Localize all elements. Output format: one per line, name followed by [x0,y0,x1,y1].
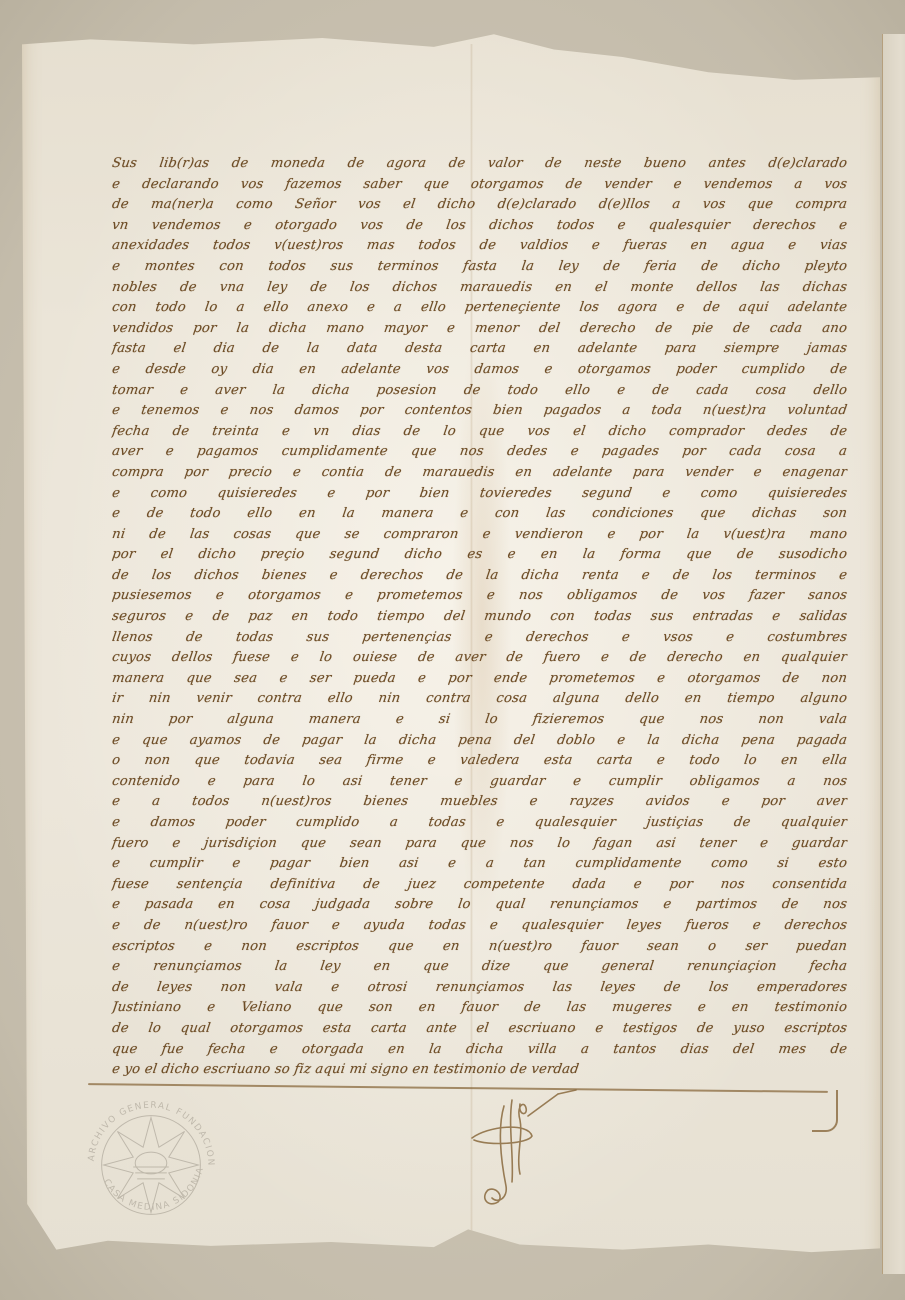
text-line: e damos poder cumplido a todas e qualesq… [111,813,849,834]
text-line: e desde oy dia en adelante vos damos e o… [111,360,849,381]
text-line: fasta el dia de la data desta carta en a… [111,339,849,360]
adjacent-leaf-edge [882,34,905,1274]
text-line: compra por precio e contia de marauedis … [111,463,849,484]
text-line: con todo lo a ello anexo e a ello perten… [111,298,849,319]
text-line: e pasada en cosa judgada sobre lo qual r… [111,895,849,916]
svg-text:ARCHIVO GENERAL FUNDACION: ARCHIVO GENERAL FUNDACION [87,1101,216,1167]
text-line: e yo el dicho escriuano so fiz aqui mi s… [111,1060,849,1081]
text-line: que fue fecha e otorgada en la dicha vil… [111,1040,849,1061]
stamp-top-text: ARCHIVO GENERAL FUNDACION [87,1101,216,1167]
text-line: e de n(uest)ro fauor e ayuda todas e qua… [111,916,849,937]
text-line: por el dicho preçio segund dicho es e en… [111,545,849,566]
text-line: de ma(ner)a como Señor vos el dicho d(e)… [111,195,849,216]
text-line: e renunçiamos la ley en que dize que gen… [111,957,849,978]
text-line: manera que sea e ser pueda e por ende pr… [111,669,849,690]
text-line: llenos de todas sus pertenençias e derec… [111,628,849,649]
text-line: fecha de treinta e vn dias de lo que vos… [111,422,849,443]
text-line: nobles de vna ley de los dichos marauedi… [111,278,849,299]
text-line: seguros e de paz en todo tiempo del mund… [111,607,849,628]
text-line: contenido e para lo asi tener e guardar … [111,772,849,793]
text-line: tomar e aver la dicha posesion de todo e… [111,381,849,402]
text-line: anexidades todos v(uest)ros mas todos de… [111,236,849,257]
text-line: de los dichos bienes e derechos de la di… [111,566,849,587]
text-line: de leyes non vala e otrosi renunçiamos l… [111,978,849,999]
text-line: o non que todavia sea firme e valedera e… [111,751,849,772]
text-line: e a todos n(uest)ros bienes muebles e ra… [111,792,849,813]
text-line: e montes con todos sus terminos fasta la… [111,257,849,278]
text-line: fuese sentençia definitiva de juez compe… [111,875,849,896]
text-line: e cumplir e pagar bien asi e a tan cumpl… [111,854,849,875]
text-line: cuyos dellos fuese e lo ouiese de aver d… [111,648,849,669]
closing-flourish [812,1090,838,1132]
notary-signature-rubric [468,1086,578,1210]
text-line: aver e pagamos cumplidamente que nos ded… [111,442,849,463]
text-line: e que ayamos de pagar la dicha pena del … [111,731,849,752]
text-line: vn vendemos e otorgado vos de los dichos… [111,216,849,237]
text-line: ir nin venir contra ello nin contra cosa… [111,689,849,710]
text-line: e declarando vos fazemos saber que otorg… [111,175,849,196]
text-line: e de todo ello en la manera e con las co… [111,504,849,525]
text-line: e tenemos e nos damos por contentos bien… [111,401,849,422]
manuscript-text: Sus lib(r)as de moneda de agora de valor… [112,154,847,1081]
text-line: Justiniano e Veliano que son en fauor de… [111,998,849,1019]
text-line: fuero e jurisdiçion que sean para que no… [111,834,849,855]
text-line: pusiesemos e otorgamos e prometemos e no… [111,586,849,607]
text-line: de lo qual otorgamos esta carta ante el … [111,1019,849,1040]
text-line: nin por alguna manera e si lo fizieremos… [111,710,849,731]
text-line: e como quisieredes e por bien tovieredes… [111,484,849,505]
text-line: Sus lib(r)as de moneda de agora de valor… [111,154,849,175]
text-line: escriptos e non escriptos que en n(uest)… [111,937,849,958]
text-line: vendidos por la dicha mano mayor e menor… [111,319,849,340]
text-line: ni de las cosas que se compraron e vendi… [111,525,849,546]
archive-watermark-stamp: ARCHIVO GENERAL FUNDACION CASA MEDINA SI… [72,1086,230,1244]
